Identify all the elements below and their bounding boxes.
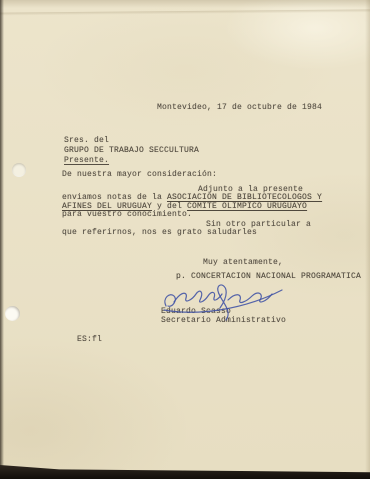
body-text: enviamos notas de la — [62, 193, 167, 202]
recipient-group-line: GRUPO DE TRABAJO SECCULTURA — [64, 146, 199, 155]
scanned-letter-page: Montevideo, 17 de octubre de 1984 Sres. … — [0, 0, 370, 479]
right-scan-shadow — [365, 0, 370, 479]
top-scan-shadow — [0, 0, 370, 8]
organization-name-1: ASOCIACION DE BIBLIOTECOLOGOS Y — [167, 193, 322, 202]
recipient-salutation-line: Sres. del — [64, 136, 109, 145]
body-paragraph1-line2: enviamos notas de la ASOCIACION DE BIBLI… — [62, 193, 322, 202]
recipient-presente-line: Presente. — [64, 156, 109, 165]
paper-crease — [0, 9, 370, 15]
salutation-line: De nuestra mayor consideración: — [62, 170, 217, 179]
bottom-scan-edge — [0, 459, 370, 479]
punch-hole-top — [12, 163, 26, 177]
handwritten-signature — [158, 278, 288, 322]
punch-hole-bottom — [5, 306, 20, 321]
left-scan-edge — [0, 0, 4, 479]
typist-reference: ES:fl — [77, 335, 102, 344]
valediction-line: Muy atentamente, — [203, 258, 283, 267]
date-line: Montevideo, 17 de octubre de 1984 — [157, 103, 322, 112]
organization-name-2: COMITE OLIMPICO URUGUAYO — [187, 202, 307, 211]
body-paragraph1-line4: para vuestro conocimiento. — [62, 210, 192, 219]
body-paragraph2-line2: que referirnos, nos es grato saludarles — [62, 228, 257, 237]
